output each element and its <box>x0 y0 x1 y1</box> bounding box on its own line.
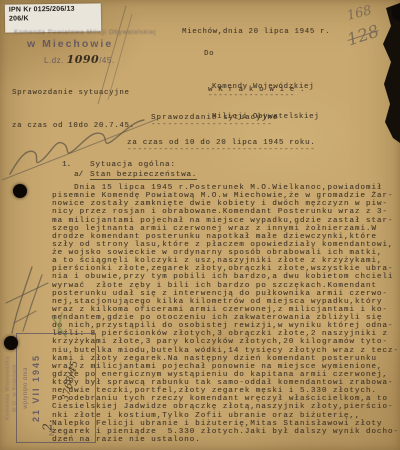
body-line: ma milicjantami pojechał na miejsce wypa… <box>52 217 399 225</box>
body-line: Nalepko Felicji ubranie i biżuterię,Mita… <box>52 420 399 428</box>
body-line: Ciesielskiej Jadwidze obrączkę złotą,nas… <box>52 403 399 411</box>
receipt-stamp-date-prefix: wpłynęło dnia <box>23 334 29 442</box>
body-line: nia i obuwie,przy tym pobili ich bardzo,… <box>52 273 399 281</box>
body-line: Po odebraniu tych rzeczy komendant wręcz… <box>52 395 399 403</box>
body-text: Dnia 15 lipca 1945 r.Posterunek M.O.Wiel… <box>52 184 399 444</box>
recipient-underline: ----------------- <box>208 92 295 100</box>
body-line: dzeń na razie nie ustalono. <box>52 436 399 444</box>
body-line: niu,butelka miodu,butelka wódki,14 tysię… <box>52 347 399 355</box>
hole-punch-bottom <box>4 336 18 350</box>
body-line: nicy przez rosjan i obrabowane.Komendant… <box>52 208 399 216</box>
receipt-stamp-date: 21 VII 1945 <box>31 334 41 442</box>
body-line: gdzie po energicznym wystąpieniu do kapi… <box>52 371 399 379</box>
body-line: zegarek i pieniądze 5.330 złotych.Jaki b… <box>52 428 399 436</box>
receipt-stamp-org-line2: M.O. w Krakowie <box>12 334 19 442</box>
body-line: szego lejtnanta armii czerwonej wraz z i… <box>52 225 399 233</box>
body-line: ne dwie teczki,portfel,złoty zegarek męs… <box>52 387 399 395</box>
body-line: wraz z kilkoma oficerami armii czerwonej… <box>52 306 399 314</box>
page-number-pencil-top: 168 <box>346 3 374 24</box>
body-line: leźli: 8 pierścionków złotych,3 obrączki… <box>52 330 399 338</box>
pencil-strokes <box>80 0 150 110</box>
body-line: wyrwać złote zęby i bili ich bardzo po s… <box>52 282 399 290</box>
body-line: nej,stacjonującego kilka kilometrów od m… <box>52 298 399 306</box>
body-line: pierścionki złote,zegarek złoty,obrączki… <box>52 265 399 273</box>
body-line: mendantem,gdzie po otoczeniu ich zakwate… <box>52 314 399 322</box>
dateline: Miechów,dnia 20 lipca 1945 r. <box>182 28 330 36</box>
body-line: nowice zostały zamknięte dwie kobiety i … <box>52 200 399 208</box>
receipt-stamp-org: Komenda Wojewódzka M.O. w Krakowie <box>5 334 18 442</box>
page-number-pencil-bottom: 128 <box>345 21 382 50</box>
body-line: kami i złoty zegarek.Na następny dzień k… <box>52 355 399 363</box>
recipient-to: Do <box>204 50 214 58</box>
body-line: nki złote i kostium,Tylko Zofii ubranie … <box>52 412 399 420</box>
hole-punch-top <box>13 184 27 198</box>
receipt-annotation-handwritten: 2. <box>41 419 55 430</box>
body-line: a to ściągnęli kolczyki z usz,naszyjniki… <box>52 257 399 265</box>
ldz-prefix: L.dz. <box>44 56 64 65</box>
body-line: krzyżykami złote,3 pary kolczyków złotyc… <box>52 338 399 346</box>
body-line: który był sprawcą rabunku tak samo-oddał… <box>52 379 399 387</box>
body-line: do nich,przystąpili do osobistej rewizji… <box>52 322 399 330</box>
body-line: że wojsko sowieckie w ordynarny sposób o… <box>52 249 399 257</box>
body-line: drodze komendant posterunku napotkał mał… <box>52 233 399 241</box>
recipient-block: Komendy Wojewódzkiej Milicji Obywatelski… <box>212 62 319 142</box>
body-line: szły od strony lasu,które z płaczem opow… <box>52 241 399 249</box>
body-line: posterunku udał się z interwencją do puł… <box>52 290 399 298</box>
scanned-document-page: IPN Kr 0125/206/13 206/K Komenda Powiato… <box>0 0 400 450</box>
pencil-signature <box>0 100 180 200</box>
pencil-paraph <box>0 255 80 345</box>
body-line: wraz z milicjantami pojechał ponownie na… <box>52 363 399 371</box>
